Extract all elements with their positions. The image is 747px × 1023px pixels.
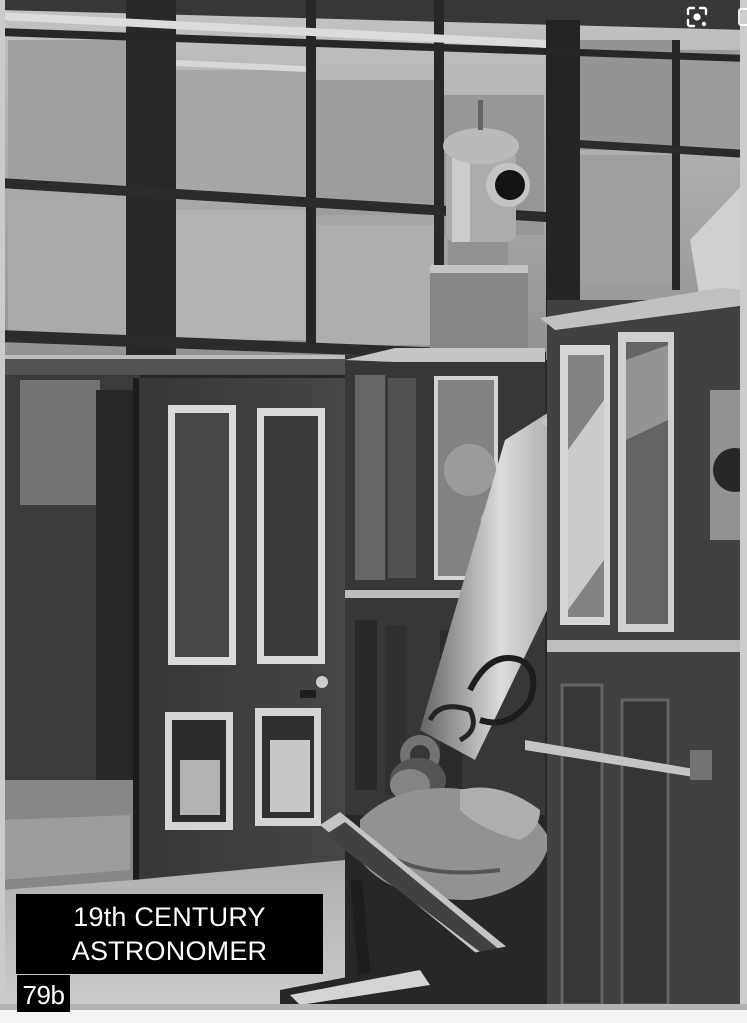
- visual-search-button[interactable]: [678, 0, 716, 34]
- side-panel-icon[interactable]: [738, 8, 747, 26]
- bottom-border: [0, 1010, 747, 1023]
- visual-search-icon: [684, 4, 710, 30]
- caption-line-2: ASTRONOMER: [16, 934, 323, 968]
- image-number-label: 79b: [17, 975, 70, 1012]
- image-caption: 19th CENTURY ASTRONOMER: [16, 894, 323, 974]
- photo-scene: [0, 0, 747, 1010]
- caption-line-1: 19th CENTURY: [16, 900, 323, 934]
- astronomer-photograph: [0, 0, 747, 1010]
